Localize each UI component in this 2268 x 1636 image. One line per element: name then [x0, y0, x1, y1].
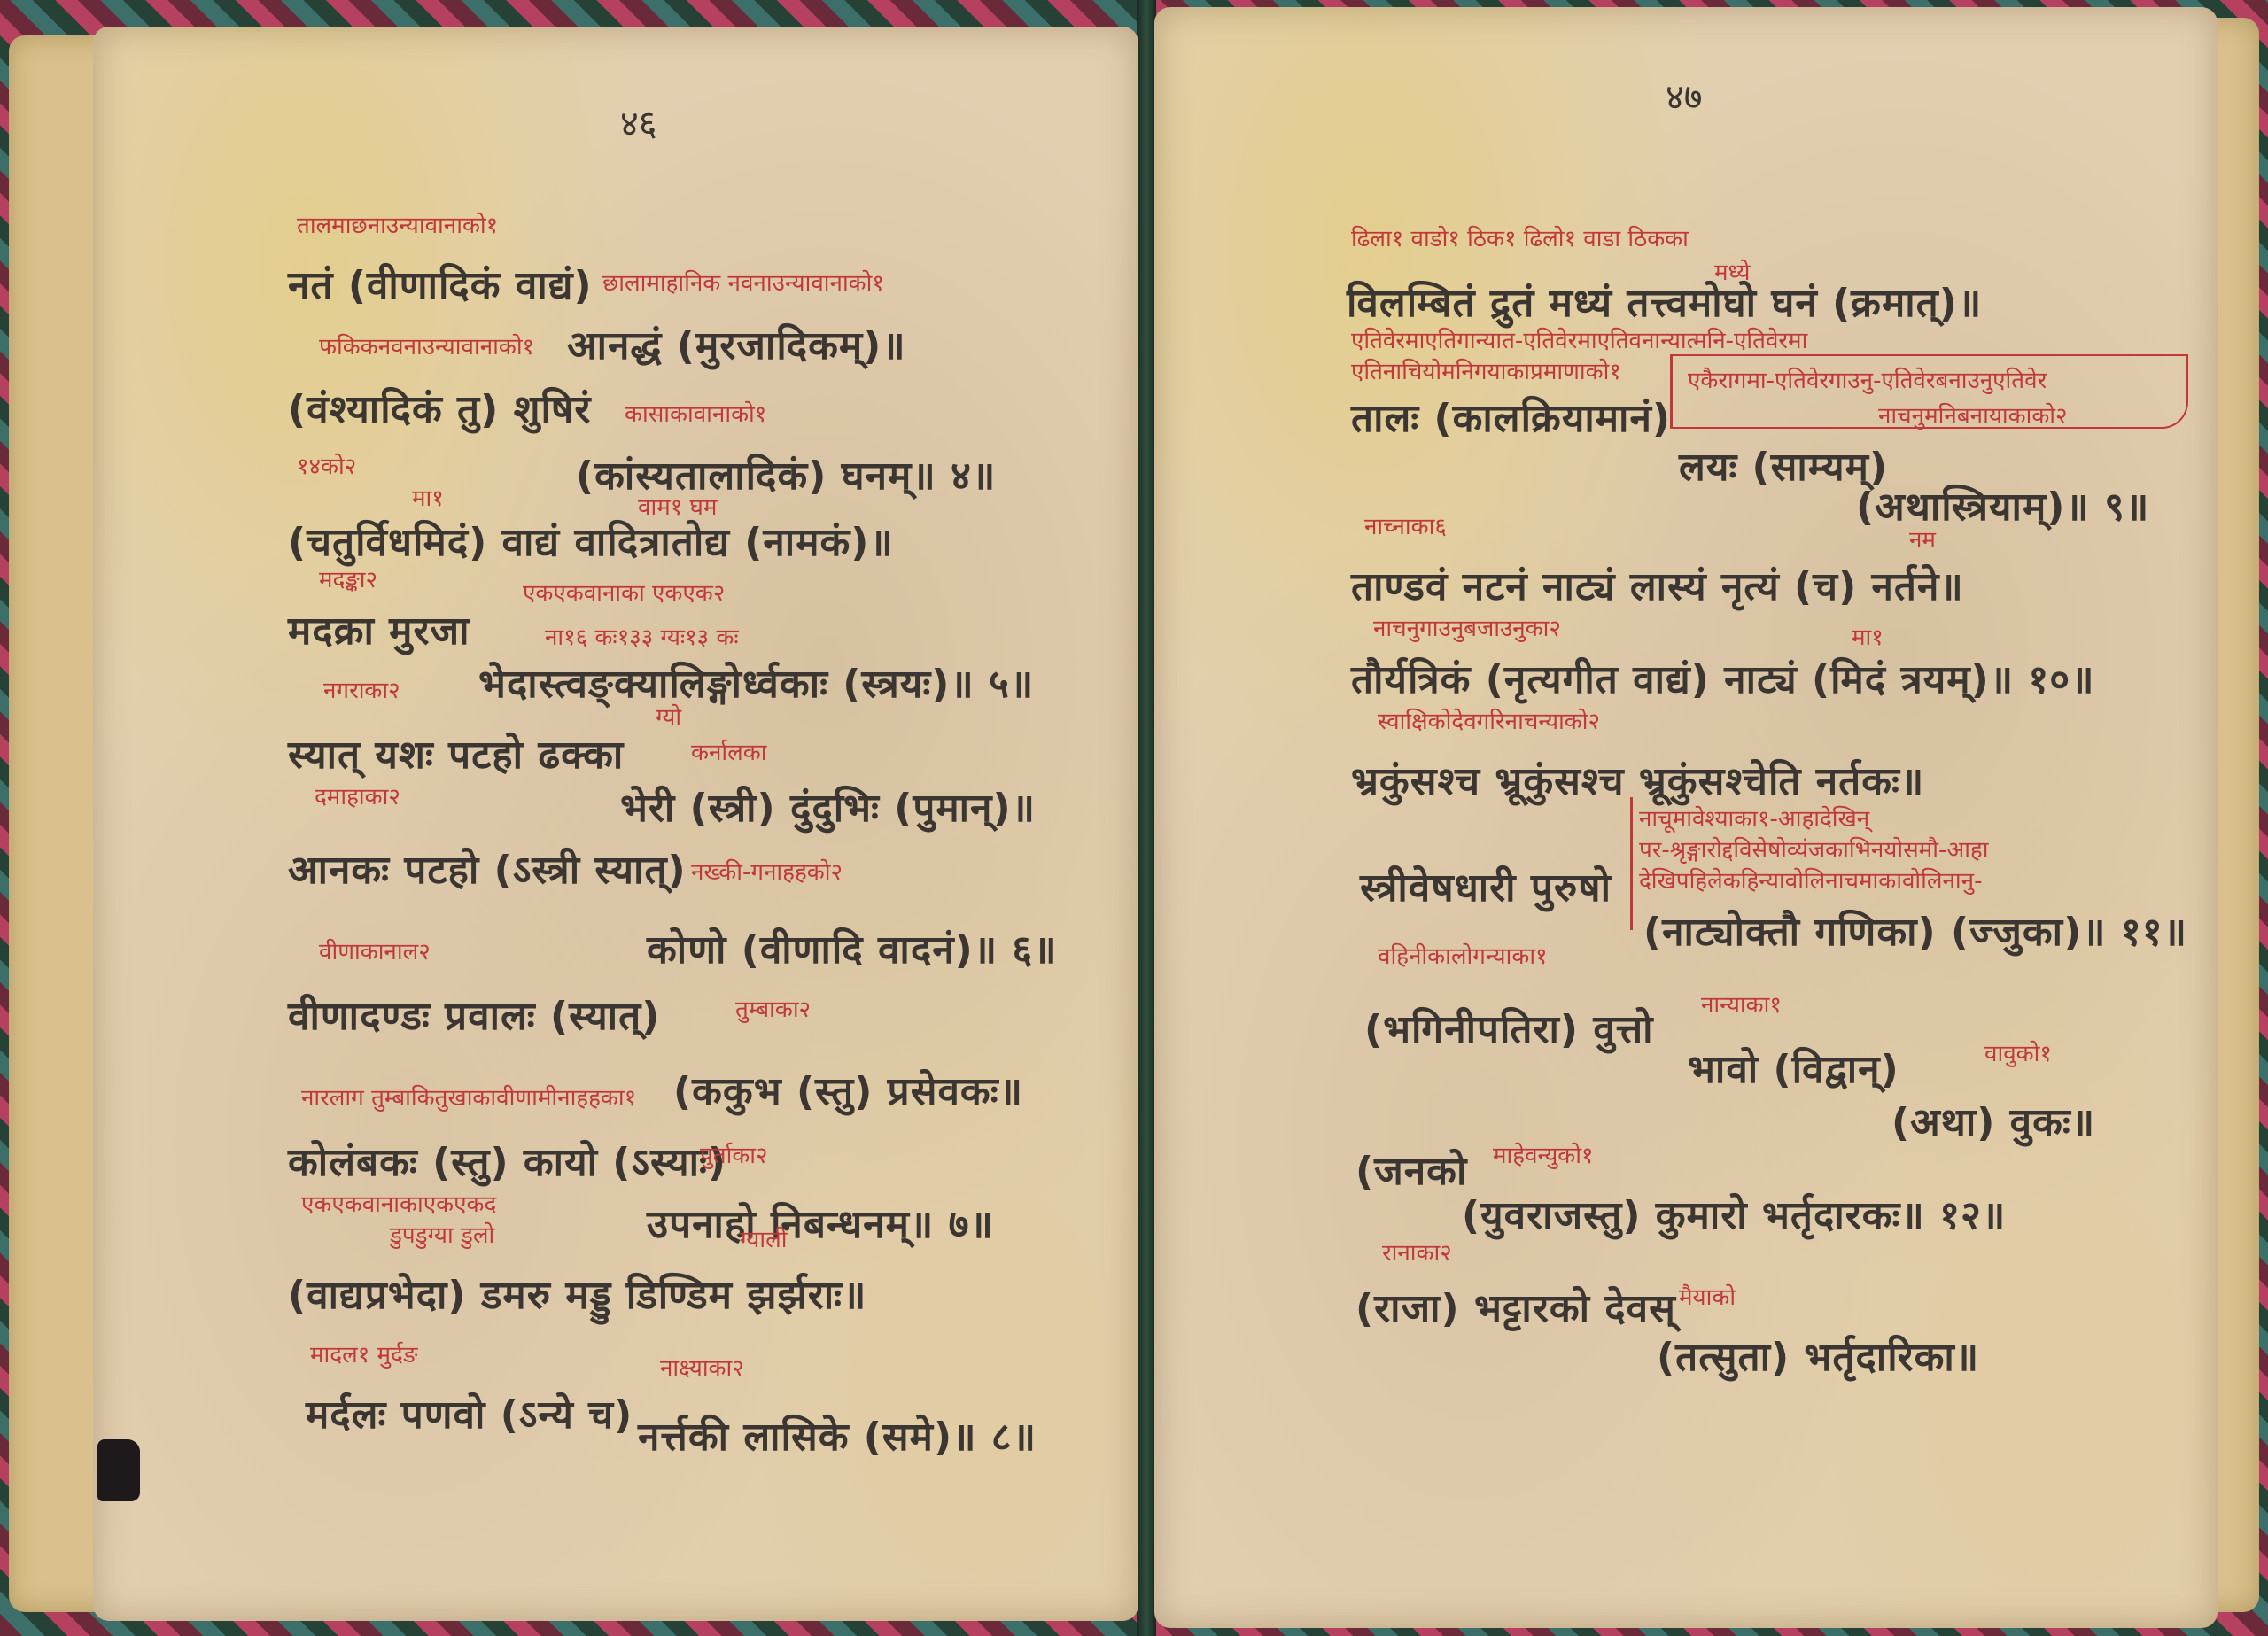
red-gloss: डुपडुग्या डुलो — [390, 1218, 494, 1250]
verse-line: भेरी (स्त्री) दुंदुभिः (पुमान्)॥ — [620, 779, 1036, 833]
verse-line: (वंश्यादिकं तु) शुषिरं — [288, 381, 591, 434]
red-gloss: नाचनुगाउनुबजाउनुका२ — [1373, 611, 1561, 643]
red-gloss: छालामाहानिक नवनाउन्यावानाको१ — [602, 266, 884, 298]
verse-line: (वाद्यप्रभेदा) डमरु मड्डु डिण्डिम झर्झरा… — [288, 1267, 866, 1320]
red-gloss: मादल१ मुर्दङ — [310, 1337, 417, 1369]
red-gloss: नाचनुमनिबनायाकाको२ — [1878, 399, 2068, 430]
verse-line: (नाट्योक्तौ गणिका) (ज्जुका)॥ ११॥ — [1643, 903, 2187, 957]
red-gloss: नान्याका१ — [1701, 988, 1782, 1020]
red-gloss: मैयाको — [1679, 1280, 1736, 1312]
verse-line: भावो (विद्वान्) — [1688, 1041, 1899, 1094]
red-gloss: वीणाकानाल२ — [319, 934, 431, 966]
red-gloss: नाचूमावेश्याका१-आहादेखिन् — [1639, 802, 1869, 834]
red-gloss: तालमाछनाउन्यावानाको१ — [297, 208, 498, 240]
red-gloss: मा१ — [412, 481, 444, 513]
red-gloss: एतिवेरमाएतिगान्यात-एतिवेरमाएतिवनान्यात्म… — [1351, 323, 1807, 355]
verse-line: (जनको — [1355, 1143, 1467, 1196]
red-gloss: देखिपहिलेकहिन्यावोलिनाचमाकावोलिनानु- — [1639, 864, 1982, 896]
red-gloss: नख्की-गनाहहको२ — [691, 855, 843, 887]
verse-line: (राजा) भट्टारको देवस् — [1355, 1280, 1676, 1333]
verse-line: (अथास्त्रियाम्)॥ ९॥ — [1856, 478, 2149, 531]
red-gloss: नाच्नाका६ — [1364, 509, 1447, 541]
ink-blot — [97, 1439, 140, 1501]
verse-line: मर्दलः पणवो (ऽन्ये च) — [306, 1386, 633, 1439]
red-gloss: एकएकवानाका एकएक२ — [523, 576, 725, 608]
red-gloss: मा१ — [1852, 620, 1884, 652]
red-gloss: नम — [1909, 523, 1936, 554]
verse-line: नर्त्तकी लासिके (समे)॥ ८॥ — [638, 1408, 1037, 1462]
verse-line: आनकः पटहो (ऽस्त्री स्यात्) — [288, 841, 687, 895]
red-gloss: ग्यो — [656, 700, 681, 732]
red-gloss: वहिनीकालोगन्याका१ — [1378, 939, 1548, 971]
red-gloss: ग्याली — [740, 1222, 787, 1254]
red-gloss: मदङ्का२ — [319, 562, 377, 594]
red-gloss: दमाहाका२ — [315, 779, 400, 811]
verse-line: कोणो (वीणादि वादनं)॥ ६॥ — [647, 921, 1058, 974]
red-gloss: एकैरागमा-एतिवेरगाउनु-एतिवेरबनाउनुएतिवेर — [1688, 363, 2047, 395]
red-gloss: एतिनाचियोमनिगयाकाप्रमाणाको१ — [1351, 354, 1621, 386]
red-gloss: ढिला१ वाडो१ ठिक१ ढिलो१ वाडा ठिकका — [1351, 221, 1689, 253]
red-gloss: ना१६ कः१३३ ग्यः१३ कः — [545, 620, 739, 652]
book-spine — [1137, 0, 1156, 1636]
red-gloss: माहेवन्युको१ — [1493, 1138, 1594, 1170]
red-gloss: तुम्बाका२ — [735, 992, 811, 1024]
verse-line: स्यात् यशः पटहो ढक्का — [288, 726, 624, 779]
red-gloss: कर्नालका — [691, 735, 766, 767]
red-gloss: एकएकवानाकाएकएकद — [301, 1187, 496, 1219]
red-gloss: १४को२ — [297, 449, 356, 481]
verse-line: ताण्डवं नटनं नाट्यं लास्यं नृत्यं (च) नर… — [1351, 558, 1964, 611]
verse-line: भ्रकुंसश्च भ्रूकुंसश्च भ्रूकुंसश्चेति नर… — [1351, 753, 1924, 806]
verse-line: आनद्धं (मुरजादिकम्)॥ — [567, 317, 906, 370]
red-gloss: नारलाग तुम्बाकितुखाकावीणामीनाहहका१ — [301, 1081, 636, 1113]
verse-line: वीणादण्डः प्रवालः (स्यात्) — [288, 988, 660, 1041]
page-number-left: ४६ — [620, 97, 657, 146]
red-gloss: नाक्ष्याका२ — [660, 1351, 744, 1383]
verse-line: विलम्बितं द्रुतं मध्यं तत्त्वमोघो घनं (क… — [1347, 275, 1982, 328]
verse-line: स्त्रीवेषधारी पुरुषो — [1360, 859, 1612, 912]
verse-line: तालः (कालक्रियामानं) — [1351, 390, 1671, 443]
verse-line: मदक्रा मुरजा — [288, 602, 470, 655]
page-number-right: ४७ — [1666, 71, 1703, 120]
red-gloss: पुर्ताका२ — [700, 1138, 768, 1170]
red-gloss: फकिकनवनाउन्यावानाको१ — [319, 330, 534, 361]
red-gloss: स्वाक्षिकोदेवगरिनाचन्याको२ — [1378, 704, 1600, 736]
red-gloss: कासाकावानाको१ — [625, 397, 766, 429]
verse-line: नतं (वीणादिकं वाद्यं) — [288, 257, 593, 310]
verse-line: तौर्यत्रिकं (नृत्यगीत वाद्यं) नाट्यं (मि… — [1351, 651, 2095, 704]
red-gloss: पर-श्रृङ्गारोद्दविसेषोव्यंजकाभिनयोसमौ-आह… — [1639, 833, 1988, 865]
red-gloss: नगराका२ — [323, 673, 400, 705]
verse-line: उपनाहो निबन्धनम्॥ ७॥ — [647, 1196, 994, 1249]
verse-line: (अथा) वुकः॥ — [1891, 1094, 2095, 1147]
verse-line: कोलंबकः (स्तु) कायो (ऽस्याः) — [288, 1134, 726, 1187]
verse-line: (भगिनीपतिरा) वुत्तो — [1364, 1001, 1654, 1054]
verse-line: (तत्सुता) भर्तृदारिका॥ — [1657, 1329, 1979, 1382]
red-gloss: वावुको१ — [1984, 1036, 2052, 1068]
verse-line: (युवराजस्तु) कुमारो भर्तृदारकः॥ १२॥ — [1462, 1187, 2006, 1240]
gloss-bracket-line — [1630, 797, 1633, 930]
verse-line: भेदास्त्वङ्क्यालिङ्गोर्ध्वकाः (स्त्रयः)॥… — [478, 655, 1034, 709]
verse-line: (ककुभ (स्तु) प्रसेवकः॥ — [673, 1063, 1023, 1116]
verse-line: (चतुर्विधमिदं) वाद्यं वादित्रातोद्य (नाम… — [288, 514, 894, 567]
red-gloss: रानाका२ — [1382, 1236, 1452, 1268]
